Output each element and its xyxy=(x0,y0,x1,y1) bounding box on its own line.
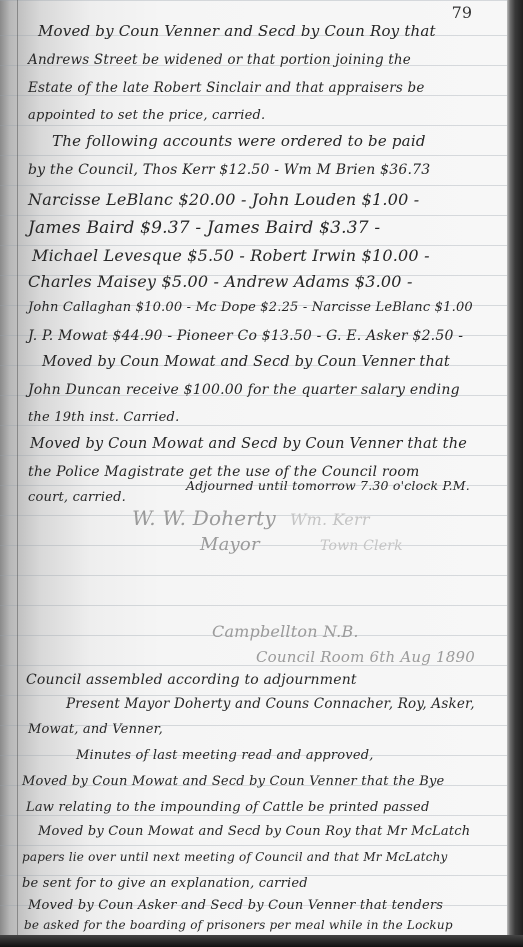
minutes-line: the 19th inst. Carried. xyxy=(28,410,179,425)
minutes-line: Mowat, and Venner, xyxy=(28,722,163,737)
meeting-place: Campbellton N.B. xyxy=(212,622,359,641)
mayor-signature: W. W. Doherty xyxy=(132,506,276,530)
clerk-signature: Wm. Kerr xyxy=(290,510,370,529)
minutes-line: papers lie over until next meeting of Co… xyxy=(22,850,448,864)
accounts-line: John Callaghan $10.00 - Mc Dope $2.25 - … xyxy=(28,300,473,315)
accounts-line: Narcisse LeBlanc $20.00 - John Louden $1… xyxy=(28,190,419,209)
accounts-line: Michael Levesque $5.50 - Robert Irwin $1… xyxy=(32,246,430,265)
clerk-title: Town Clerk xyxy=(320,538,403,554)
meeting-date: Council Room 6th Aug 1890 xyxy=(256,648,475,666)
accounts-line: James Baird $9.37 - James Baird $3.37 - xyxy=(28,218,380,238)
minutes-line: Law relating to the impounding of Cattle… xyxy=(26,800,429,815)
book-bottom-edge xyxy=(0,935,523,947)
accounts-line: The following accounts were ordered to b… xyxy=(52,132,426,150)
minutes-line: Estate of the late Robert Sinclair and t… xyxy=(28,80,425,96)
minutes-line: Moved by Coun Mowat and Secd by Coun Ven… xyxy=(22,774,444,789)
minutes-line: be sent for to give an explanation, carr… xyxy=(22,876,308,891)
minutes-line: court, carried. xyxy=(28,490,126,505)
minutes-line: Andrews Street be widened or that portio… xyxy=(28,52,411,68)
minutes-line: Moved by Coun Venner and Secd by Coun Ro… xyxy=(38,22,436,40)
minutes-line: Moved by Coun Asker and Secd by Coun Ven… xyxy=(28,898,443,913)
minutes-line: John Duncan receive $100.00 for the quar… xyxy=(28,382,460,398)
minutes-line: Moved by Coun Mowat and Secd by Coun Roy… xyxy=(38,824,470,839)
mayor-title: Mayor xyxy=(200,534,260,555)
minutes-line: Minutes of last meeting read and approve… xyxy=(76,748,374,763)
accounts-line: J. P. Mowat $44.90 - Pioneer Co $13.50 -… xyxy=(28,328,463,344)
book-edge xyxy=(507,0,523,947)
adjournment-line: Adjourned until tomorrow 7.30 o'clock P.… xyxy=(186,478,470,493)
minutes-line: Present Mayor Doherty and Couns Connache… xyxy=(66,696,475,712)
ledger-page: 79 Moved by Coun Venner and Secd by Coun… xyxy=(0,0,507,935)
minutes-line: Council assembled according to adjournme… xyxy=(26,672,357,688)
minutes-line: Moved by Coun Mowat and Secd by Coun Ven… xyxy=(30,436,467,452)
margin-line xyxy=(17,0,18,935)
minutes-line: be asked for the boarding of prisoners p… xyxy=(24,918,453,932)
page-number: 79 xyxy=(452,3,472,22)
accounts-line: Charles Maisey $5.00 - Andrew Adams $3.0… xyxy=(28,272,413,291)
minutes-line: Moved by Coun Mowat and Secd by Coun Ven… xyxy=(42,354,450,370)
accounts-line: by the Council, Thos Kerr $12.50 - Wm M … xyxy=(28,162,430,178)
minutes-line: appointed to set the price, carried. xyxy=(28,108,265,123)
